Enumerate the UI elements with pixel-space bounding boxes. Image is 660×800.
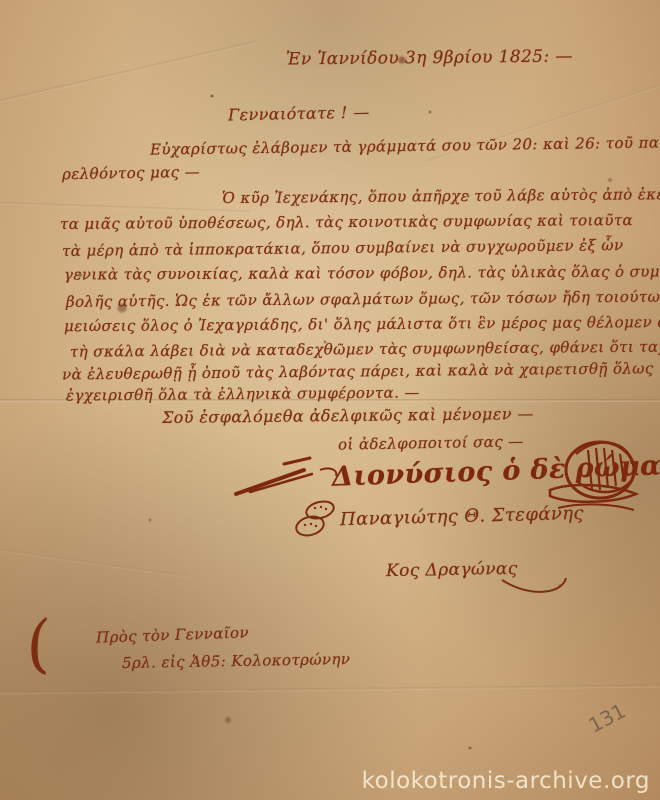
body-line: μειώσεις ὅλος ὁ Ἰεχαγριάδης, δι' ὅλης μά… xyxy=(64,313,660,335)
signature-secondary: Παναγιώτης Θ. Στεφάνης xyxy=(340,503,584,530)
dateline: Ἐν Ἰαννίδου 3η 9βρίου 1825: — xyxy=(286,46,573,69)
fold-crease xyxy=(0,41,257,107)
signature-primary: Διονύσιος ὁ δὲ ρώμα xyxy=(332,450,660,492)
body-line: τὰ μέρη ἀπὸ τὰ ἱπποκρατάκια, ὅπου συμβαί… xyxy=(62,236,624,260)
signoff-line: οἱ ἀδελφοποιτοί σας — xyxy=(338,432,524,453)
body-line: νὰ ἐλευθερωθῇ ᾗ ὁποῦ τὰς λαβόντας πάρει,… xyxy=(62,359,660,384)
body-line: γενικὰ τὰς συνοικίας, καλὰ καὶ τόσον φόβ… xyxy=(64,262,660,283)
fold-crease xyxy=(0,685,660,695)
body-line: τα μιᾶς αὐτοῦ ὑποθέσεως, δηλ. τὰς κοινοτ… xyxy=(60,211,633,233)
address-line: 5ρλ. εἰς Ἀθ5: Κολοκοτρώνην xyxy=(122,650,351,672)
body-line: Εὐχαρίστως ἐλάβομεν τὰ γράμματά σου τῶν … xyxy=(150,133,660,158)
signature-tertiary: Κος Δραγώνας xyxy=(386,559,518,581)
letter-photograph: Ἐν Ἰαννίδου 3η 9βρίου 1825: — Γενναιότατ… xyxy=(0,0,660,800)
closing-line: Σοῦ ἐσφαλόμεθα ἀδελφικῶς καὶ μένομεν — xyxy=(162,404,534,427)
address-bracket: ( xyxy=(20,606,57,682)
fold-crease xyxy=(0,201,250,213)
fold-crease xyxy=(0,545,189,579)
body-line: Ὁ κῦρ Ἰεχενάκης, ὅπου ἀπῆρχε τοῦ λάβε αὐ… xyxy=(222,185,660,207)
body-line: ἐγχειρισθῆ ὅλα τὰ ἑλληνικὰ συμφέροντα. — xyxy=(66,383,420,404)
body-line: ρελθόντος μας — xyxy=(62,163,200,183)
body-line: βολῆς αὐτῆς. Ὡς ἐκ τῶν ἄλλων σφαλμάτων ὅ… xyxy=(66,287,660,311)
monogram-flourish xyxy=(294,498,338,540)
signature-flourish xyxy=(232,448,344,500)
pencil-catalog-number: 131 xyxy=(585,698,630,737)
body-line: τὴ σκάλα λάβει διὰ νὰ καταδεχθῶμεν τὰς σ… xyxy=(70,337,660,360)
address-line: Πρὸς τὸν Γενναῖον xyxy=(96,623,250,646)
salutation: Γενναιότατε ! — xyxy=(228,103,370,125)
archive-watermark: kolokotronis-archive.org xyxy=(362,768,650,794)
